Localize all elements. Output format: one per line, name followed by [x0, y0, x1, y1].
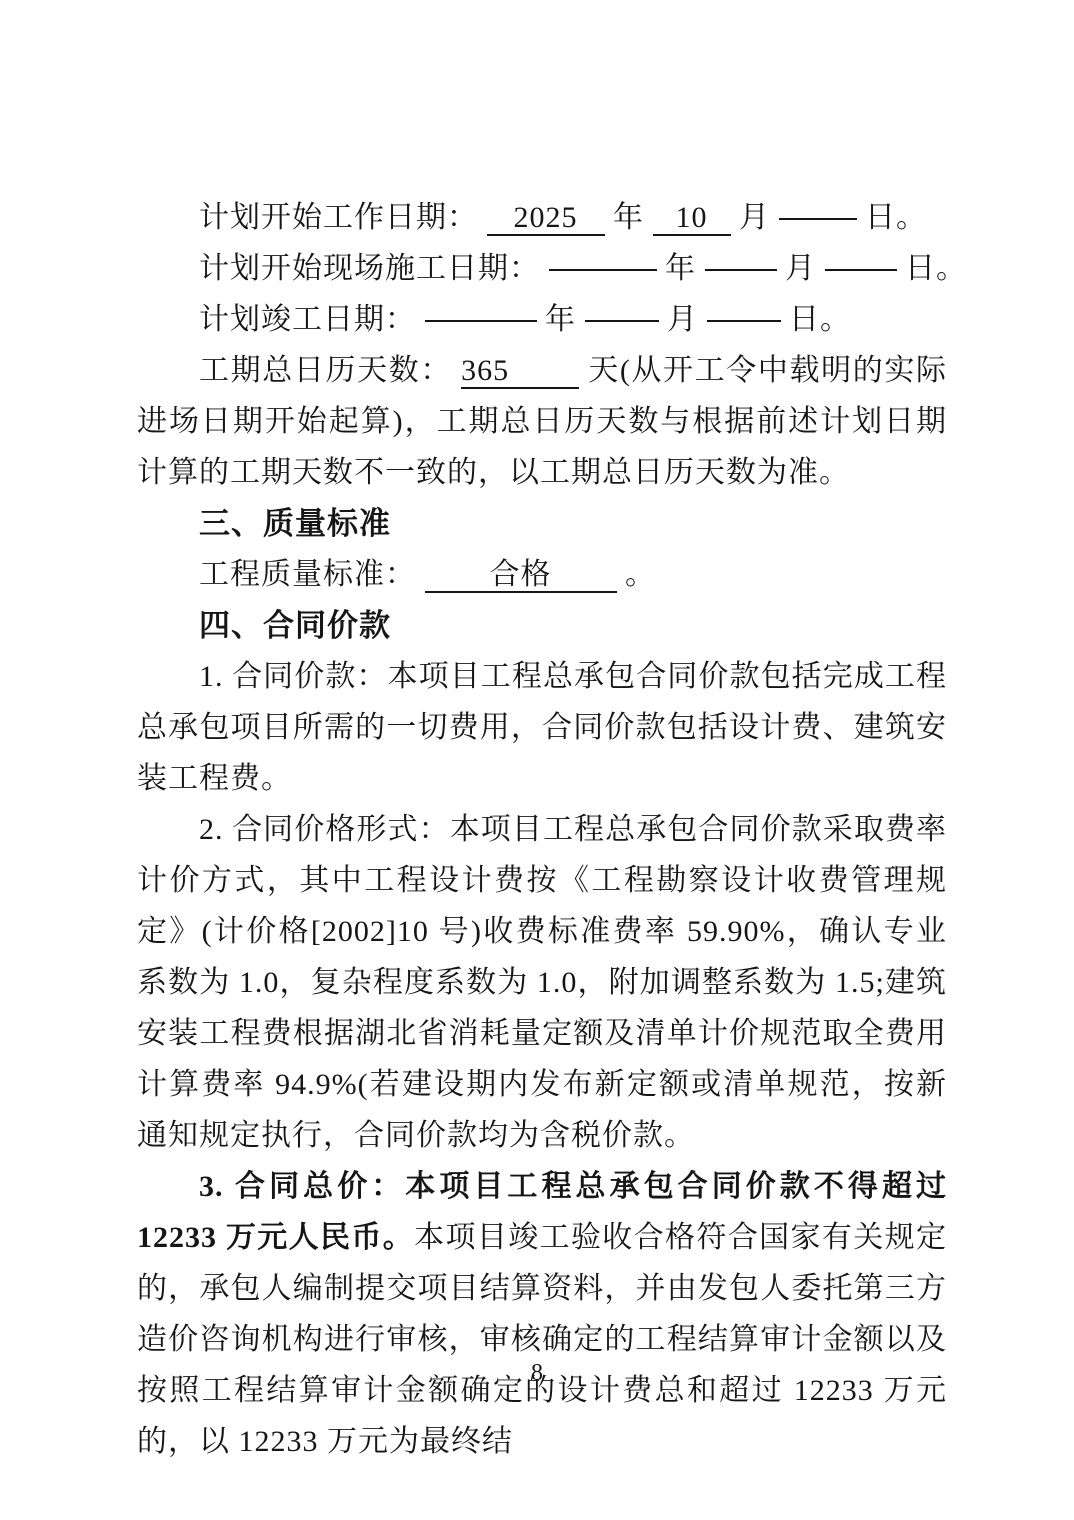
duration-paragraph: 工期总日历天数： 365 天(从开工令中载明的实际进场日期开始起算)，工期总日历… [137, 345, 947, 498]
planned-construction-start-label: 计划开始现场施工日期： [199, 252, 540, 285]
planned-work-start-label: 计划开始工作日期： [199, 201, 478, 234]
section-3-heading: 三、质量标准 [137, 498, 947, 549]
month-unit: 月 [667, 303, 698, 336]
work-start-year-blank: 2025 [487, 192, 605, 243]
month-unit: 月 [785, 252, 816, 285]
month-unit: 月 [739, 201, 770, 234]
duration-days-blank: 365 [461, 345, 579, 396]
quality-standard-line: 工程质量标准： 合格 。 [137, 549, 947, 600]
day-unit: 日。 [865, 201, 927, 234]
planned-completion-line: 计划竣工日期： 年 月 日。 [137, 294, 947, 345]
year-unit: 年 [613, 201, 644, 234]
planned-construction-start-line: 计划开始现场施工日期： 年 月 日。 [137, 243, 947, 294]
day-unit: 日。 [905, 252, 967, 285]
planned-work-start-line: 计划开始工作日期： 2025 年 10 月 日。 [137, 192, 947, 243]
contract-price-item-1: 1. 合同价款：本项目工程总承包合同价款包括完成工程总承包项目所需的一切费用，合… [137, 651, 947, 804]
quality-standard-blank: 合格 [425, 549, 617, 600]
planned-completion-label: 计划竣工日期： [199, 303, 416, 336]
year-unit: 年 [545, 303, 576, 336]
contract-total-price-rest-text: 本项目竣工验收合格符合国家有关规定的，承包人编制提交项目结算资料，并由发包人委托… [137, 1221, 947, 1458]
contract-total-price-item-3: 3. 合同总价：本项目工程总承包合同价款不得超过 12233 万元人民币。本项目… [137, 1161, 947, 1467]
duration-label: 工期总日历天数： [199, 354, 452, 387]
contract-document-page: 计划开始工作日期： 2025 年 10 月 日。 计划开始现场施工日期： 年 月… [0, 0, 1074, 1520]
page-number: 8 [0, 1358, 1074, 1388]
quality-standard-label: 工程质量标准： [199, 558, 416, 591]
day-unit: 日。 [789, 303, 851, 336]
contract-price-form-item-2: 2. 合同价格形式：本项目工程总承包合同价款采取费率计价方式，其中工程设计费按《… [137, 804, 947, 1161]
section-4-heading: 四、合同价款 [137, 600, 947, 651]
quality-standard-suffix: 。 [625, 558, 656, 591]
work-start-month-blank: 10 [653, 192, 731, 243]
year-unit: 年 [665, 252, 696, 285]
